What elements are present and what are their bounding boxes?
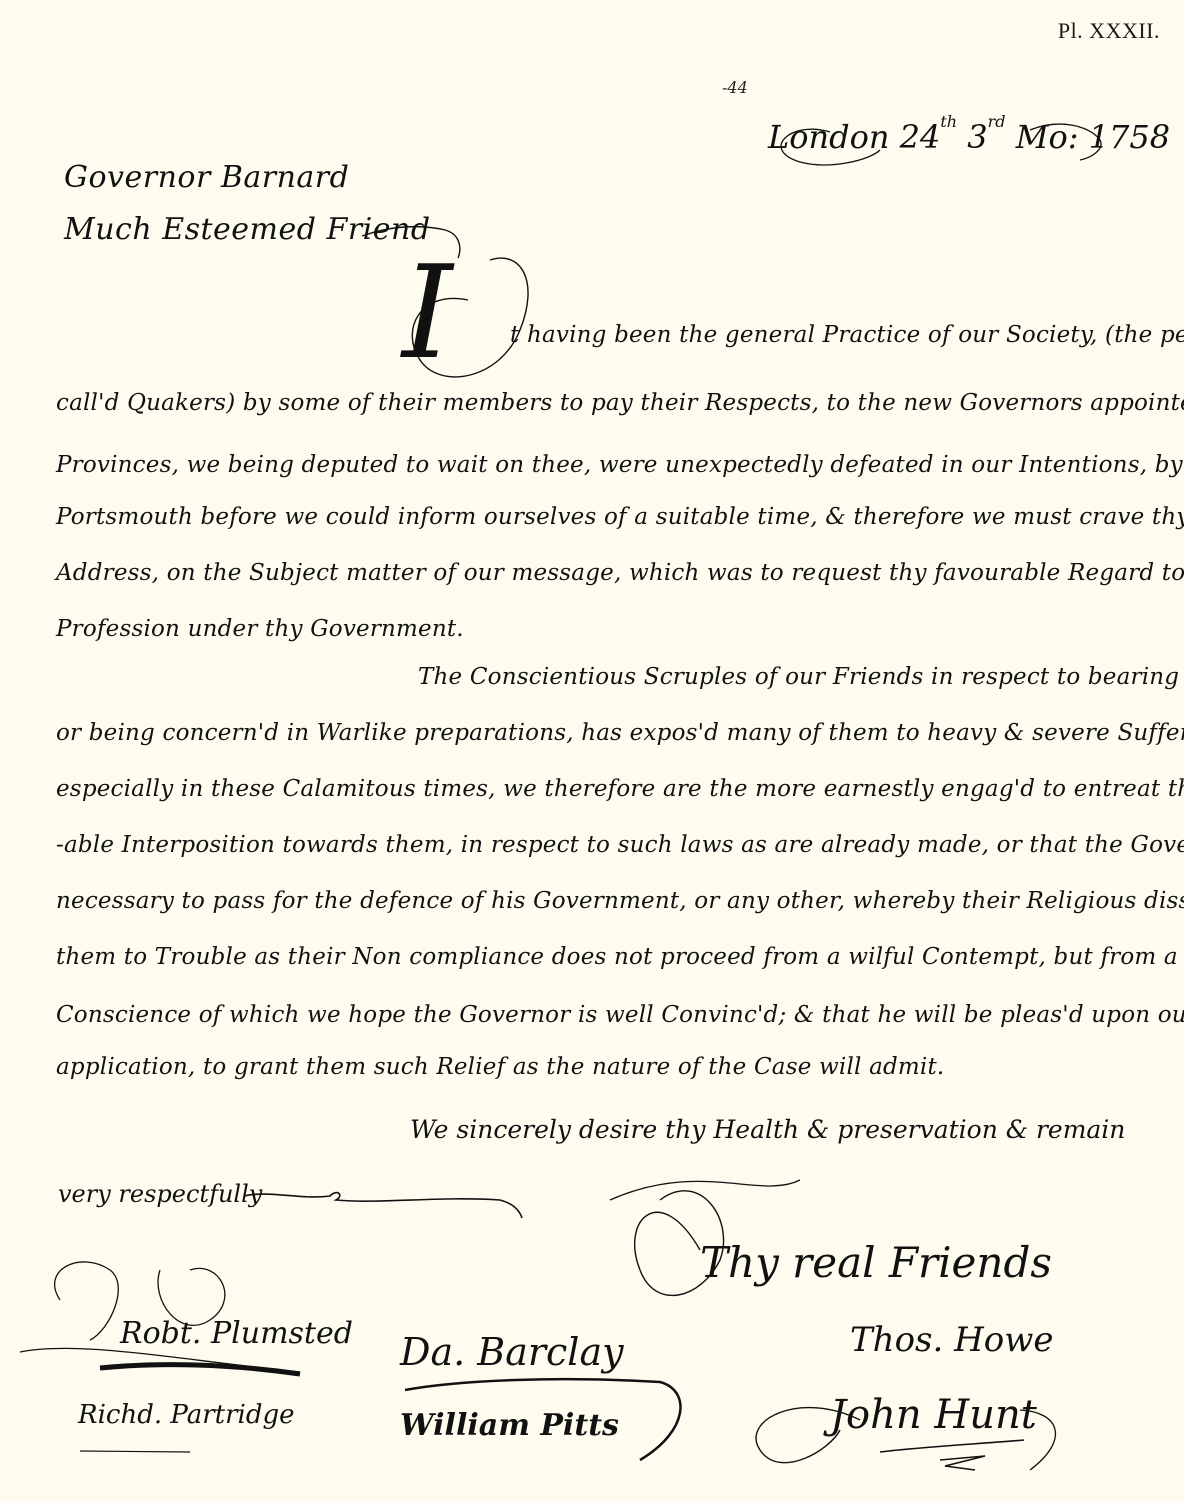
- salutation-greeting: Much Esteemed Friend: [64, 212, 431, 247]
- paragraph-2-line: them to Trouble as their Non compliance …: [56, 944, 1184, 970]
- drop-cap-initial: I: [402, 250, 453, 378]
- signature-partridge: Richd. Partridge: [78, 1400, 295, 1430]
- signature-hunt: John Hunt: [830, 1392, 1037, 1438]
- date-year: 1758: [1089, 118, 1170, 156]
- closing-very-respectfully: very respectfully: [58, 1180, 262, 1208]
- date-month-num: 3: [967, 118, 987, 156]
- salutation-addressee: Governor Barnard: [64, 160, 349, 195]
- letter-date: London 24th 3rd Mo: 1758: [768, 118, 1170, 156]
- date-month-suffix: rd: [988, 112, 1006, 131]
- closing-sentiment: We sincerely desire thy Health & preserv…: [410, 1115, 1125, 1144]
- plate-number-label: Pl. XXXII.: [1058, 18, 1160, 44]
- paragraph-2-line: The Conscientious Scruples of our Friend…: [418, 664, 1184, 690]
- letter-facsimile-page: Pl. XXXII. -44 London 24th 3rd Mo: 1758 …: [0, 0, 1184, 1502]
- paragraph-2-line: application, to grant them such Relief a…: [56, 1054, 944, 1080]
- date-place: London: [768, 118, 889, 156]
- paragraph-1-line: t having been the general Practice of ou…: [510, 322, 1184, 348]
- paragraph-2-line: necessary to pass for the defence of his…: [56, 888, 1184, 914]
- paragraph-2-line: or being concern'd in Warlike preparatio…: [56, 720, 1184, 746]
- paragraph-1-line: Address, on the Subject matter of our me…: [56, 560, 1184, 586]
- signature-howe: Thos. Howe: [850, 1320, 1053, 1360]
- signature-plumsted: Robt. Plumsted: [120, 1316, 353, 1351]
- signature-pitts: William Pitts: [400, 1408, 619, 1443]
- paragraph-2-line: -able Interposition towards them, in res…: [56, 832, 1184, 858]
- signature-barclay: Da. Barclay: [400, 1330, 624, 1374]
- archive-mark: -44: [722, 78, 748, 97]
- date-day-suffix: th: [940, 112, 957, 131]
- paragraph-1-line: call'd Quakers) by some of their members…: [56, 390, 1184, 416]
- paragraph-2-line: Conscience of which we hope the Governor…: [56, 1002, 1184, 1028]
- paragraph-1-line: Profession under thy Government.: [56, 616, 464, 642]
- paragraph-2-line: especially in these Calamitous times, we…: [56, 776, 1184, 802]
- date-month-abbrev: Mo:: [1016, 118, 1079, 156]
- date-day: 24: [900, 118, 941, 156]
- closing-sign-off: Thy real Friends: [700, 1238, 1052, 1287]
- paragraph-1-line: Portsmouth before we could inform oursel…: [56, 504, 1184, 530]
- paragraph-1-line: Provinces, we being deputed to wait on t…: [56, 452, 1184, 478]
